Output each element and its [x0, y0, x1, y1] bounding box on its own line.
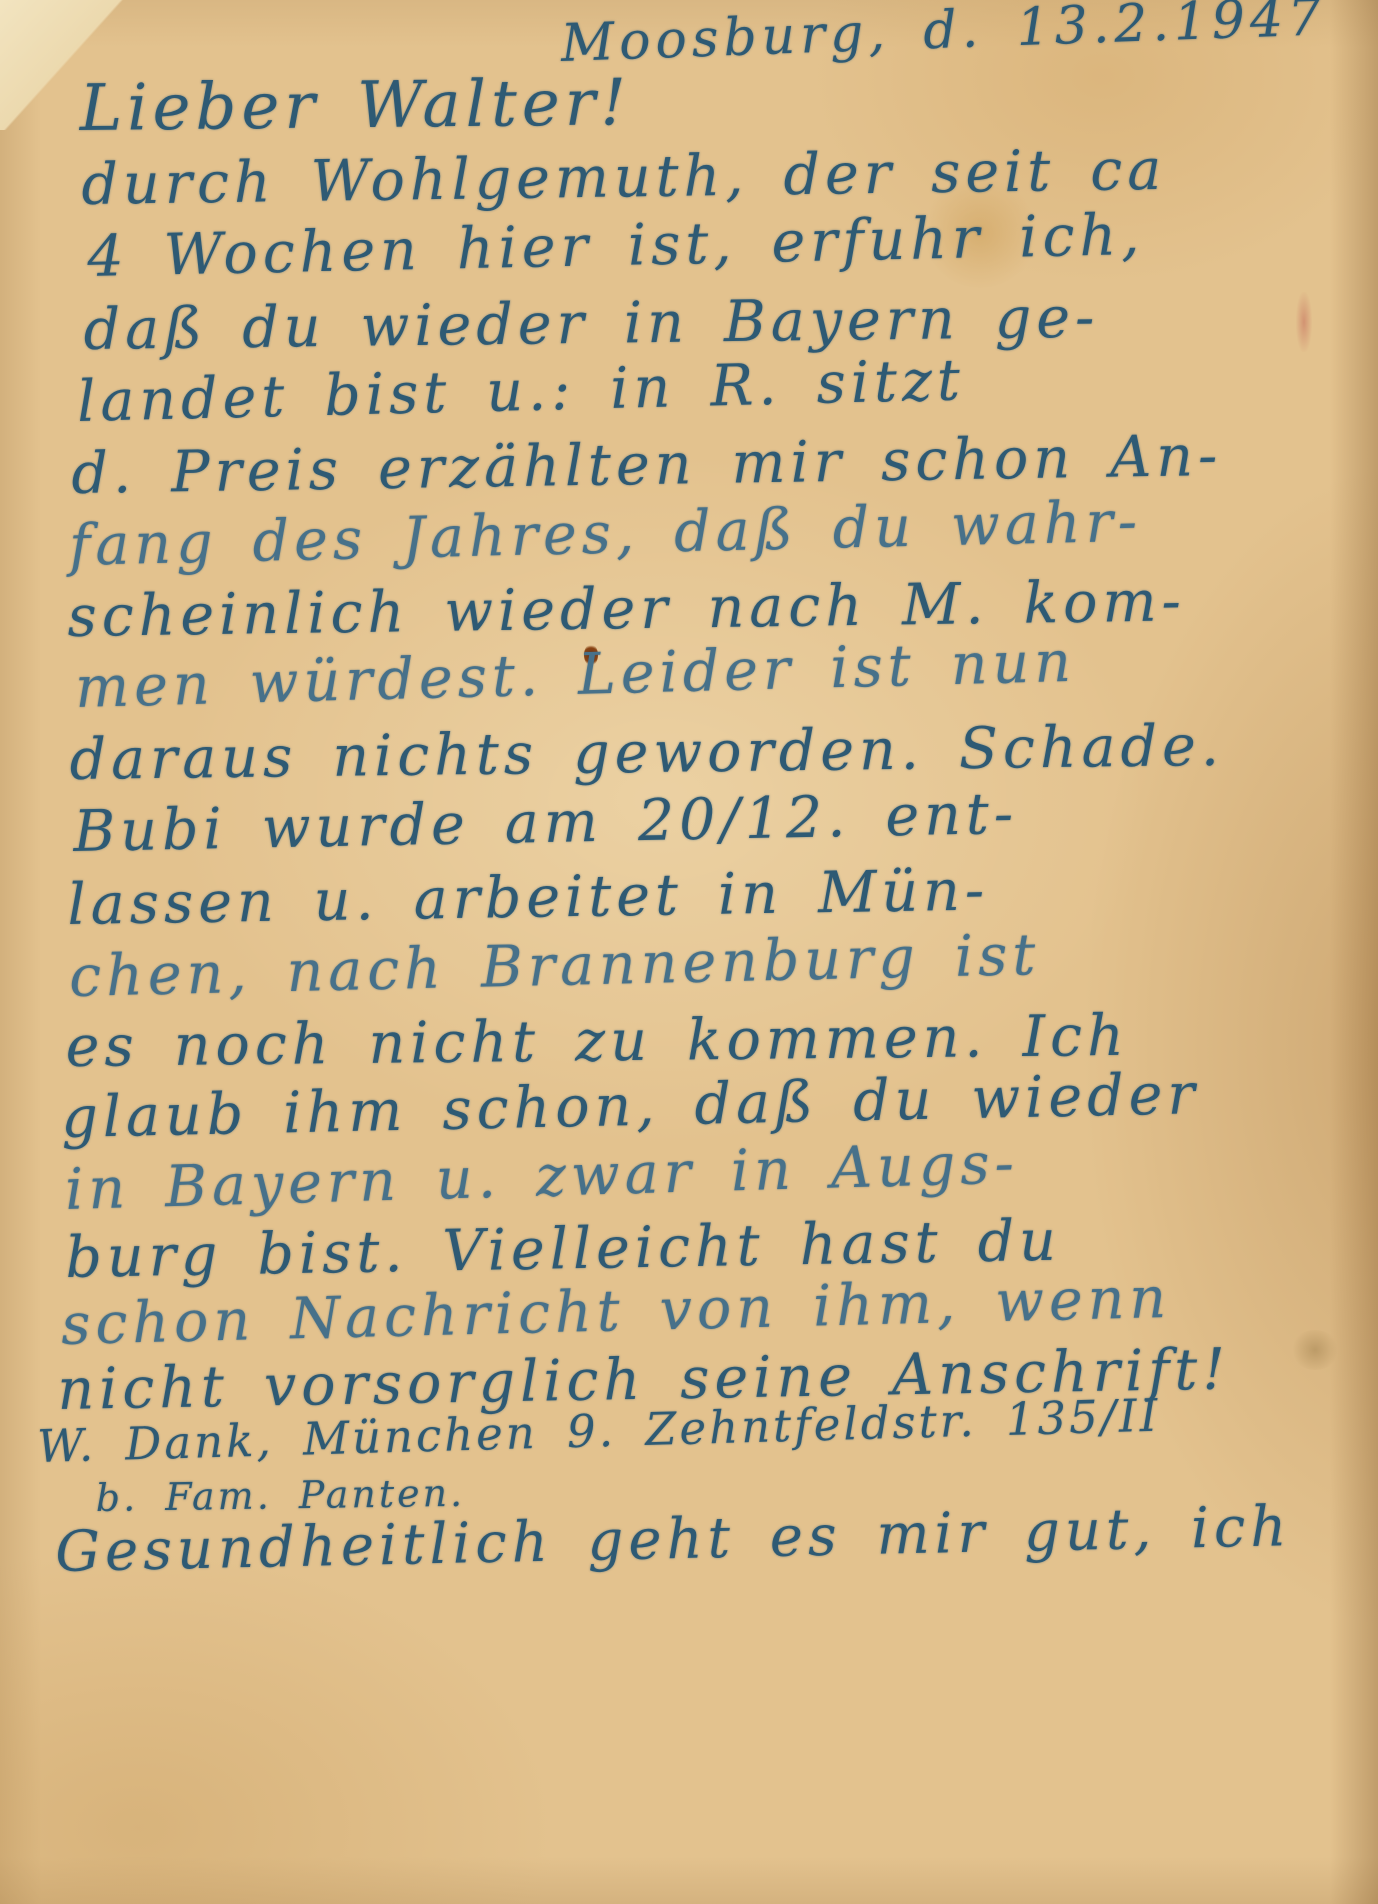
letter-line: Bubi wurde am 20/12. ent-: [73, 781, 1019, 865]
letter-line: daraus nichts geworden. Schade.: [69, 713, 1224, 793]
letter-page: Moosburg, d. 13.2.1947 Lieber Walter! du…: [0, 0, 1378, 1904]
letter-salutation: Lieber Walter!: [79, 66, 631, 146]
paper-stain-red: [1296, 292, 1312, 352]
paper-stain-dark: [1290, 1330, 1340, 1370]
letter-date: Moosburg, d. 13.2.1947: [560, 0, 1327, 74]
